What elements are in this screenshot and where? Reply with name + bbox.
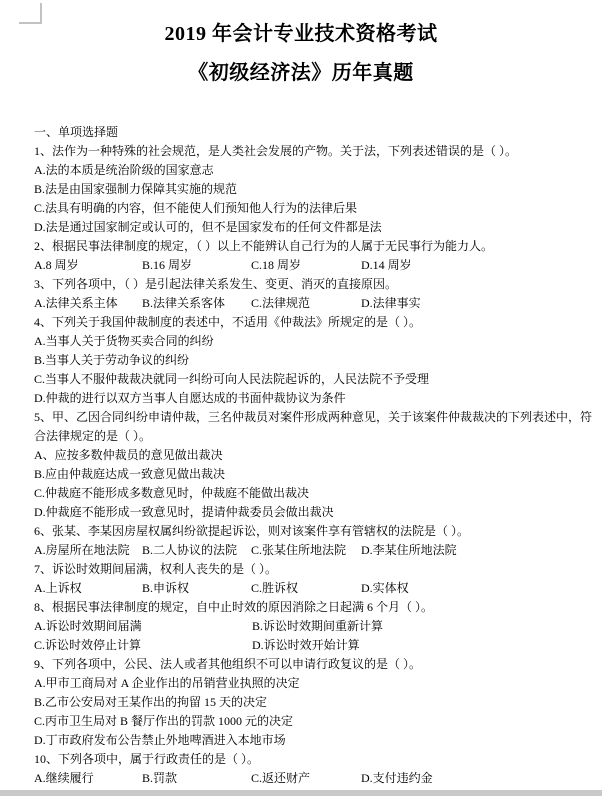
question-8-options-row-1: A.诉讼时效期间届满 B.诉讼时效期间重新计算 (34, 617, 592, 636)
question-7-option-a: A.上诉权 (34, 579, 142, 598)
question-4-stem: 4、下列关于我国仲裁制度的表述中，不适用《仲裁法》所规定的是（ ）。 (34, 313, 592, 332)
document-page: 2019 年会计专业技术资格考试 《初级经济法》历年真题 一、单项选择题 1、法… (0, 0, 602, 796)
question-9-option-a: A.甲市工商局对 A 企业作出的吊销营业执照的决定 (34, 674, 592, 693)
question-4-option-d: D.仲裁的进行以双方当事人自愿达成的书面仲裁协议为条件 (34, 389, 592, 408)
question-10-option-b: B.罚款 (142, 769, 251, 788)
question-3-options: A.法律关系主体 B.法律关系客体 C.法律规范 D.法律事实 (34, 294, 592, 313)
question-1-option-d: D.法是通过国家制定或认可的，但不是国家发布的任何文件都是法 (34, 218, 592, 237)
question-1-option-c: C.法具有明确的内容，但不能使人们预知他人行为的法律后果 (34, 199, 592, 218)
question-10-option-c: C.返还财产 (251, 769, 361, 788)
question-1-stem: 1、法作为一种特殊的社会规范，是人类社会发展的产物。关于法，下列表述错误的是（ … (34, 142, 592, 161)
question-1-option-a: A.法的本质是统治阶级的国家意志 (34, 161, 592, 180)
question-6-option-c: C.张某住所地法院 (251, 541, 361, 560)
question-5-stem-line-1: 5、甲、乙因合同纠纷申请仲裁，三名仲裁员对案件形成两种意见，关于该案件仲裁裁决的… (34, 408, 592, 427)
question-3-option-d: D.法律事实 (361, 294, 592, 313)
question-9-option-b: B.乙市公安局对王某作出的拘留 15 天的决定 (34, 693, 592, 712)
question-8-option-d: D.诉讼时效开始计算 (252, 636, 592, 655)
question-6-option-d: D.李某住所地法院 (361, 541, 592, 560)
question-7-option-c: C.胜诉权 (251, 579, 361, 598)
question-10-options: A.继续履行 B.罚款 C.返还财产 D.支付违约金 (34, 769, 592, 788)
question-8-stem: 8、根据民事法律制度的规定，自中止时效的原因消除之日起满 6 个月（ ）。 (34, 598, 592, 617)
question-10-stem: 10、下列各项中，属于行政责任的是（ ）。 (34, 750, 592, 769)
document-header: 2019 年会计专业技术资格考试 《初级经济法》历年真题 (0, 23, 602, 86)
question-7-options: A.上诉权 B.申诉权 C.胜诉权 D.实体权 (34, 579, 592, 598)
question-5-stem-line-2: 合法律规定的是（ ）。 (34, 427, 592, 446)
question-4-option-c: C.当事人不服仲裁裁决就同一纠纷可向人民法院起诉的，人民法院不予受理 (34, 370, 592, 389)
question-5-option-a: A、应按多数仲裁员的意见做出裁决 (34, 446, 592, 465)
question-3-option-c: C.法律规范 (251, 294, 361, 313)
question-2-option-c: C.18 周岁 (251, 256, 361, 275)
question-3-option-b: B.法律关系客体 (142, 294, 251, 313)
questions-section: 一、单项选择题 1、法作为一种特殊的社会规范，是人类社会发展的产物。关于法，下列… (34, 123, 592, 788)
question-2-option-a: A.8 周岁 (34, 256, 142, 275)
question-10-option-a: A.继续履行 (34, 769, 142, 788)
question-2-stem: 2、根据民事法律制度的规定，（ ）以上不能辨认自己行为的人属于无民事行为能力人。 (34, 237, 592, 256)
question-2-option-d: D.14 周岁 (361, 256, 592, 275)
window-bottom-edge (0, 790, 602, 796)
question-4-option-a: A.当事人关于货物买卖合同的纠纷 (34, 332, 592, 351)
question-5-option-d: D.仲裁庭不能形成一致意见时，提请仲裁委员会做出裁决 (34, 503, 592, 522)
question-10-option-d: D.支付违约金 (361, 769, 592, 788)
question-6-stem: 6、张某、李某因房屋权属纠纷欲提起诉讼，则对该案件享有管辖权的法院是（ ）。 (34, 522, 592, 541)
exam-title: 2019 年会计专业技术资格考试 (0, 23, 602, 46)
question-9-option-d: D.丁市政府发布公告禁止外地啤酒进入本地市场 (34, 731, 592, 750)
question-8-option-a: A.诉讼时效期间届满 (34, 617, 252, 636)
question-3-option-a: A.法律关系主体 (34, 294, 142, 313)
question-7-option-d: D.实体权 (361, 579, 592, 598)
question-1-option-b: B.法是由国家强制力保障其实施的规范 (34, 180, 592, 199)
question-7-stem: 7、诉讼时效期间届满，权利人丧失的是（ ）。 (34, 560, 592, 579)
question-6-options: A.房屋所在地法院 B.二人协议的法院 C.张某住所地法院 D.李某住所地法院 (34, 541, 592, 560)
question-7-option-b: B.申诉权 (142, 579, 251, 598)
question-8-options-row-2: C.诉讼时效停止计算 D.诉讼时效开始计算 (34, 636, 592, 655)
question-5-option-b: B.应由仲裁庭达成一致意见做出裁决 (34, 465, 592, 484)
question-8-option-c: C.诉讼时效停止计算 (34, 636, 252, 655)
page-margin-corner-mark-vertical (40, 3, 42, 24)
question-9-option-c: C.丙市卫生局对 B 餐厅作出的罚款 1000 元的决定 (34, 712, 592, 731)
question-6-option-a: A.房屋所在地法院 (34, 541, 142, 560)
question-5-option-c: C.仲裁庭不能形成多数意见时，仲裁庭不能做出裁决 (34, 484, 592, 503)
question-3-stem: 3、下列各项中，（ ）是引起法律关系发生、变更、消灭的直接原因。 (34, 275, 592, 294)
question-2-option-b: B.16 周岁 (142, 256, 251, 275)
question-9-stem: 9、下列各项中，公民、法人或者其他组织不可以申请行政复议的是（ ）。 (34, 655, 592, 674)
question-4-option-b: B.当事人关于劳动争议的纠纷 (34, 351, 592, 370)
question-2-options: A.8 周岁 B.16 周岁 C.18 周岁 D.14 周岁 (34, 256, 592, 275)
question-6-option-b: B.二人协议的法院 (142, 541, 251, 560)
question-8-option-b: B.诉讼时效期间重新计算 (252, 617, 592, 636)
section-heading: 一、单项选择题 (34, 123, 592, 142)
exam-subtitle: 《初级经济法》历年真题 (0, 61, 602, 86)
